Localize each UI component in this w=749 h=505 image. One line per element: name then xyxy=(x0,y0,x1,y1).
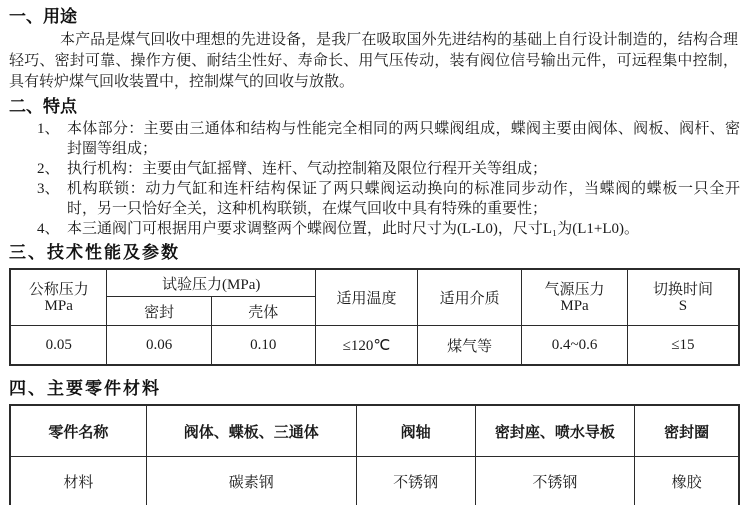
document-page: 一、用途 本产品是煤气回收中理想的先进设备，是我厂在吸取国外先进结构的基础上自行… xyxy=(0,0,749,505)
header-temperature: 适用温度 xyxy=(315,269,417,326)
header-medium: 适用介质 xyxy=(417,269,521,326)
performance-section-heading: 三、技术性能及参数 xyxy=(9,242,740,263)
value-nominal-pressure: 0.05 xyxy=(10,326,107,366)
header-switch-time: 切换时间 S xyxy=(627,269,739,326)
header-body-plate-tee: 阀体、蝶板、三通体 xyxy=(146,405,356,457)
materials-section-heading: 四、主要零件材料 xyxy=(9,378,740,399)
header-seal-seat-guide: 密封座、喷水导板 xyxy=(475,405,635,457)
value-material-label: 材料 xyxy=(10,457,146,505)
header-air-pressure: 气源压力 MPa xyxy=(522,269,628,326)
feature-item-text: 本体部分：主要由三通体和结构与性能完全相同的两只蝶阀组成，蝶阀主要由阀体、阀板、… xyxy=(67,121,740,157)
value-stainless-steel-shaft: 不锈钢 xyxy=(356,457,475,505)
value-switch-time: ≤15 xyxy=(627,326,739,366)
feature-item-text: 机构联锁：动力气缸和连杆结构保证了两只蝶阀运动换向的标准同步动作，当蝶阀的蝶板一… xyxy=(67,181,740,217)
feature-item-number: 4、 xyxy=(37,219,60,239)
value-air-pressure: 0.4~0.6 xyxy=(522,326,628,366)
features-section-heading: 二、特点 xyxy=(9,96,740,117)
feature-list: 1、 本体部分：主要由三通体和结构与性能完全相同的两只蝶阀组成，蝶阀主要由阀体、… xyxy=(37,119,740,239)
header-test-pressure-group: 试验压力(MPa) xyxy=(107,269,315,297)
usage-section-heading: 一、用途 xyxy=(9,6,740,27)
header-shell: 壳体 xyxy=(211,297,315,326)
value-seal: 0.06 xyxy=(107,326,211,366)
feature-item-1: 1、 本体部分：主要由三通体和结构与性能完全相同的两只蝶阀组成，蝶阀主要由阀体、… xyxy=(37,119,740,159)
value-medium: 煤气等 xyxy=(417,326,521,366)
feature-item-3: 3、 机构联锁：动力气缸和连杆结构保证了两只蝶阀运动换向的标准同步动作，当蝶阀的… xyxy=(37,179,740,219)
value-temperature: ≤120℃ xyxy=(315,326,417,366)
header-switch-time-line2: S xyxy=(630,298,736,314)
header-valve-shaft: 阀轴 xyxy=(356,405,475,457)
feature-item-text: 本三通阀门可根据用户要求调整两个蝶阀位置，此时尺寸为(L-L0)，尺寸L₁为(L… xyxy=(67,221,639,237)
header-seal: 密封 xyxy=(107,297,211,326)
header-nominal-pressure: 公称压力 MPa xyxy=(10,269,107,326)
value-carbon-steel: 碳素钢 xyxy=(146,457,356,505)
materials-table: 零件名称 阀体、蝶板、三通体 阀轴 密封座、喷水导板 密封圈 材料 碳素钢 不锈… xyxy=(9,404,740,505)
header-air-pressure-line1: 气源压力 xyxy=(524,282,625,298)
header-switch-time-line1: 切换时间 xyxy=(630,282,736,298)
feature-item-number: 3、 xyxy=(37,179,60,199)
header-air-pressure-line2: MPa xyxy=(524,298,625,314)
header-part-name: 零件名称 xyxy=(10,405,146,457)
value-rubber: 橡胶 xyxy=(635,457,739,505)
value-stainless-steel-seat: 不锈钢 xyxy=(475,457,635,505)
usage-paragraph: 本产品是煤气回收中理想的先进设备，是我厂在吸取国外先进结构的基础上自行设计制造的… xyxy=(9,30,738,93)
feature-item-text: 执行机构：主要由气缸摇臂、连杆、气动控制箱及限位行程开关等组成； xyxy=(67,161,547,177)
header-nominal-pressure-line1: 公称压力 xyxy=(13,282,104,298)
header-nominal-pressure-line2: MPa xyxy=(13,298,104,314)
feature-item-number: 1、 xyxy=(37,119,60,139)
header-seal-ring: 密封圈 xyxy=(635,405,739,457)
feature-item-number: 2、 xyxy=(37,159,60,179)
feature-item-2: 2、 执行机构：主要由气缸摇臂、连杆、气动控制箱及限位行程开关等组成； xyxy=(37,159,740,179)
value-shell: 0.10 xyxy=(211,326,315,366)
feature-item-4: 4、 本三通阀门可根据用户要求调整两个蝶阀位置，此时尺寸为(L-L0)，尺寸L₁… xyxy=(37,219,740,239)
performance-table: 公称压力 MPa 试验压力(MPa) 适用温度 适用介质 气源压力 MPa 切换… xyxy=(9,268,740,366)
